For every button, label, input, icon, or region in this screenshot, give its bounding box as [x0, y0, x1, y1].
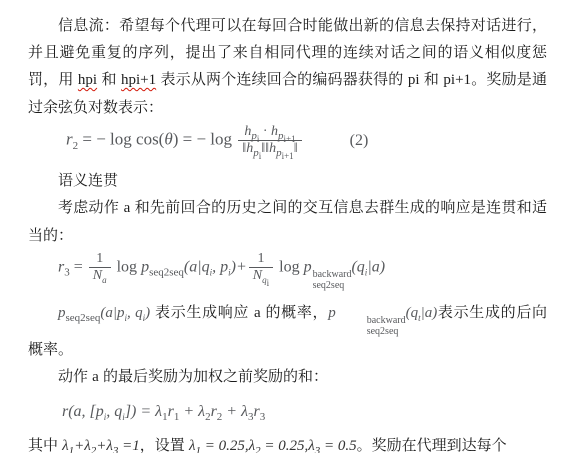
math-token: i+1	[282, 151, 294, 161]
paragraph-coherence: 考虑动作 a 和先前回合的历史之间的交互信息去群生成的响应是连贯和适当的：	[28, 194, 547, 249]
inline-formula-pbackward: pbackwardseq2seq(qt|a)	[328, 305, 437, 321]
math-token: ·	[259, 124, 271, 139]
term-pi1: pi+1	[443, 72, 471, 88]
math-token: = 0.5	[320, 438, 356, 453]
para2-text-1: 考虑动作	[58, 199, 124, 216]
para5-text-2: ，设置	[140, 437, 189, 453]
sup-sub-stack: backwardseq2seq	[313, 269, 352, 291]
math-token: (a|p	[100, 305, 124, 321]
math-token: = − log cos(	[78, 130, 164, 149]
para5-text-3: 。奖励在代理到达每个	[357, 437, 507, 453]
math-token: (a|q	[184, 258, 210, 275]
numerator: hpi · hpi+1	[240, 124, 299, 140]
math-token: , q	[127, 305, 143, 321]
math-token: , q	[106, 403, 122, 420]
math-token: p	[304, 258, 312, 275]
math-token: )+	[231, 258, 247, 275]
para4-text-1: 动作	[58, 368, 92, 385]
math-token: (q	[351, 258, 364, 275]
para4-text-2: 的最后奖励为加权之前奖励的和：	[99, 368, 328, 385]
math-token: +λ	[74, 438, 91, 453]
denominator: Na	[89, 267, 111, 284]
math-token: 1	[253, 251, 268, 267]
math-token: + λ	[222, 403, 248, 420]
para1-text-3: 表示从两个连续回合的编码器获得的	[156, 71, 408, 88]
var-a: a	[92, 369, 99, 385]
math-token: p	[58, 305, 66, 321]
paragraph-information-flow: 信息流：希望每个代理可以在每回合时能做出新的信息去保持对话进行，并且避免重复的序…	[28, 12, 547, 121]
para3-text-1: 表示生成响应	[150, 304, 254, 321]
lambda-values-expression: λ1 = 0.25,λ2 = 0.25,λ3 = 0.5	[189, 438, 357, 453]
formula-r2: r2 = − log cos(θ) = − log hpi · hpi+1‖hp…	[66, 124, 368, 157]
denominator: ‖hpi‖‖hpi+1‖	[238, 140, 301, 157]
fraction: hpi · hpi+1‖hpi‖‖hpi+1‖	[238, 124, 301, 157]
var-a: a	[254, 305, 261, 321]
formula-r3-row: r3 = 1Na log pseq2seq(a|qi, pi)+1Nqi log…	[58, 251, 547, 291]
math-token: θ	[164, 130, 172, 149]
math-token: 1	[92, 251, 107, 267]
formula-reward-sum-row: r(a, [pi, qi]) = λ1r1 + λ2r2 + λ3r3	[62, 398, 547, 425]
para1-text-2: 和	[97, 71, 121, 88]
para1-text-4: 和	[420, 71, 444, 88]
math-token: ‖‖	[261, 141, 269, 156]
math-token: seq2seq	[66, 312, 101, 324]
para3-text-2: 的概率，	[261, 304, 329, 321]
math-token: ‖	[294, 141, 298, 156]
paragraph-final-reward: 动作 a 的最后奖励为加权之前奖励的和：	[28, 363, 547, 391]
math-token: |a)	[421, 305, 438, 321]
formula-r3: r3 = 1Na log pseq2seq(a|qi, pi)+1Nqi log…	[58, 251, 385, 291]
math-token: seq2seq	[149, 267, 184, 279]
math-token: |a)	[367, 258, 385, 275]
math-token: , p	[212, 258, 228, 275]
math-token: a	[102, 275, 107, 285]
math-token: =1	[118, 438, 139, 453]
math-token: i	[267, 278, 270, 288]
sup-sub-stack: backwardseq2seq	[337, 315, 406, 337]
math-token: seq2seq	[313, 280, 345, 291]
math-token: 3	[260, 412, 266, 424]
math-token: = 0.25,λ	[261, 438, 315, 453]
math-token: backward	[313, 269, 352, 280]
math-token: backward	[337, 315, 406, 326]
math-token: seq2seq	[337, 326, 399, 337]
term-hpi: hpi	[78, 72, 97, 88]
math-token: h	[271, 124, 278, 139]
equation-number: (2)	[350, 132, 369, 149]
inline-formula-pseq2seq: pseq2seq(a|pi, qi)	[58, 305, 150, 321]
math-token: log	[275, 258, 303, 275]
math-token: (q	[406, 305, 419, 321]
term-hpi1: hpi+1	[121, 72, 156, 88]
heading-semantic-coherence: 语义连贯	[28, 167, 547, 194]
math-token: = 0.25,λ	[201, 438, 255, 453]
math-token: ) = − log	[173, 130, 237, 149]
math-token: r(a, [p	[62, 403, 104, 420]
lambda-sum-expression: λ1+λ2+λ3 =1	[62, 438, 140, 453]
heading-text: 语义连贯	[58, 172, 118, 189]
math-token: r	[66, 130, 73, 149]
math-token: N	[253, 268, 262, 283]
math-token: =	[70, 258, 87, 275]
math-token: N	[93, 268, 102, 283]
fraction: 1Nqi	[249, 251, 273, 284]
document-page: 信息流：希望每个代理可以在每回合时能做出新的信息去保持对话进行，并且避免重复的序…	[0, 0, 575, 453]
fraction: 1Na	[89, 251, 111, 284]
math-token: ]) = λ	[125, 403, 162, 420]
math-token: p	[328, 305, 336, 321]
math-token: +λ	[96, 438, 113, 453]
math-token: log	[113, 258, 141, 275]
para5-text-1: 其中	[28, 437, 62, 453]
term-pi: pi	[408, 72, 420, 88]
formula-reward-sum: r(a, [pi, qi]) = λ1r1 + λ2r2 + λ3r3	[62, 398, 265, 425]
denominator: Nqi	[249, 267, 273, 284]
formula-r2-row: r2 = − log cos(θ) = − log hpi · hpi+1‖hp…	[66, 124, 547, 157]
paragraph-lambda-weights: 其中 λ1+λ2+λ3 =1，设置 λ1 = 0.25,λ2 = 0.25,λ3…	[28, 432, 547, 453]
math-token: + λ	[179, 403, 205, 420]
paragraph-probability: pseq2seq(a|pi, qi) 表示生成响应 a 的概率，pbackwar…	[28, 300, 547, 363]
math-token: p	[141, 258, 149, 275]
